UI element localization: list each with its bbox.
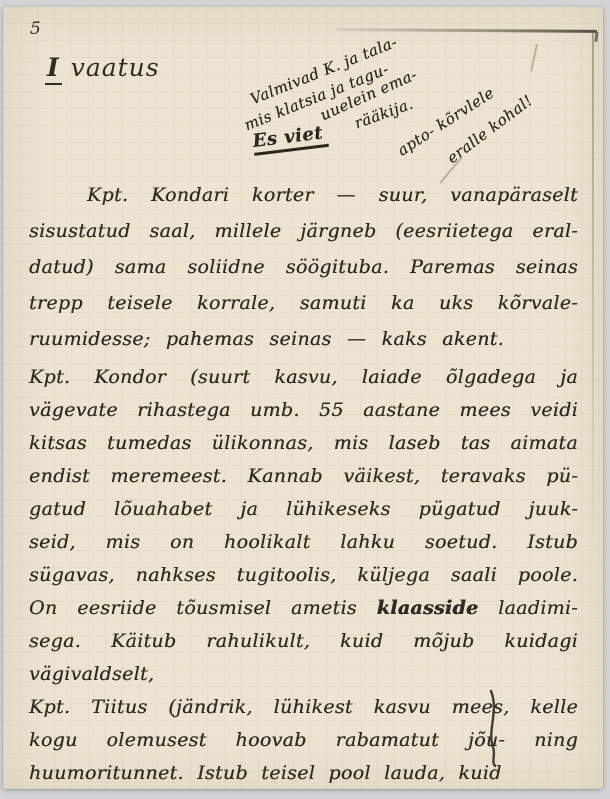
ink-flourish [479,687,505,769]
paragraph-line: sisustatud saal, millele järgneb (eesrii… [29,213,578,249]
act-numeral: I [45,53,62,85]
paragraph-line: datud) sama soliidne söögituba. Paremas … [29,249,578,285]
paragraph-line: endist meremeest. Kannab väikest, terava… [29,460,578,493]
act-heading-word: vaatus [71,53,160,82]
scan-background: { "page": { "number": "5", "heading_nume… [0,0,610,799]
paragraph-line: trepp teisele korrale, samuti ka uks kõr… [29,285,578,321]
paragraph-line: vägevate rihastega umb. 55 aastane mees … [29,394,578,427]
paragraph-line: On eesriide tõusmisel ametis klaasside l… [29,592,578,625]
page-number: 5 [30,19,41,39]
paragraph-line: gatud lõuahabet ja lühikeseks pügatud ju… [29,493,578,526]
page-edge-line-right [592,32,594,562]
manuscript-page: 5 Ivaatus Valmivad K. ja tala- mis klats… [3,7,603,789]
pencil-line-top [336,28,597,33]
line-text: On eesriide tõusmisel ametis [29,597,377,619]
paragraph-line: Kpt. Kondor (suurt kasvu, laiade õlgadeg… [29,361,578,394]
pencil-stroke [530,44,538,72]
paragraph-line: sügavas, nahkses tugitoolis, küljega saa… [29,559,578,592]
paragraph-line: sega. Käitub rahulikult, kuid mõjub kuid… [29,625,578,691]
paragraph-line: ruumidesse; pahemas seinas — kaks akent. [29,321,578,357]
stage-directions-paragraph-1: Kpt. Kondari korter — suur, vanapäraselt… [29,177,578,357]
line-text: laadimi- [478,597,578,619]
paragraph-line: kitsas tumedas ülikonnas, mis laseb tas … [29,427,578,460]
paragraph-line: seid, mis on hoolikalt lahku soetud. Ist… [29,526,578,559]
paragraph-line: Kpt. Kondari korter — suur, vanapäraselt [29,177,578,213]
act-heading: Ivaatus [45,53,160,85]
overwritten-word: klaasside [377,597,479,619]
